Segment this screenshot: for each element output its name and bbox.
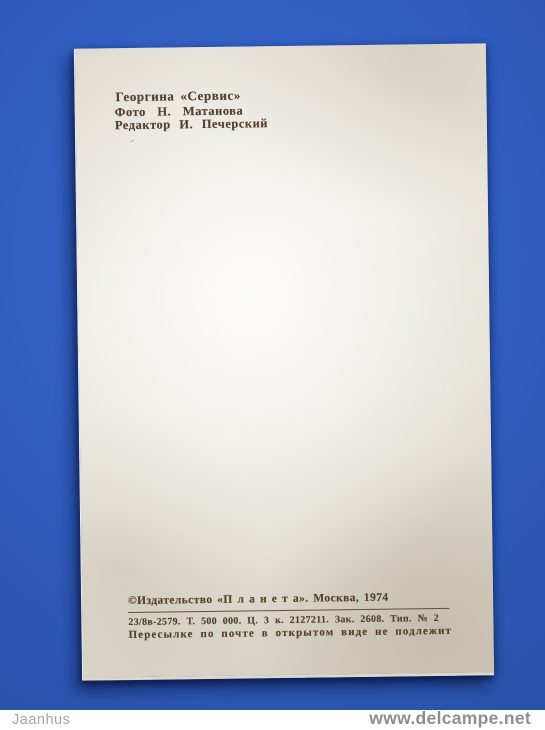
postcard-back: Георгина «Сервис» Фото Н. Матанова Редак… bbox=[74, 43, 494, 680]
publisher-line: ©Издательство «П л а н е т а». Москва, 1… bbox=[128, 592, 389, 607]
seller-watermark: Jaanhus bbox=[12, 712, 70, 728]
editor-credit-line: Редактор И. Печерский bbox=[115, 116, 268, 133]
postcard-title: Георгина «Сервис» bbox=[115, 88, 241, 106]
listing-photo: Георгина «Сервис» Фото Н. Матанова Редак… bbox=[0, 0, 545, 730]
paper-speck bbox=[128, 137, 134, 143]
watermark-strip: Jaanhus www.delcampe.net bbox=[0, 710, 545, 730]
divider-rule bbox=[128, 608, 449, 613]
delcampe-watermark: www.delcampe.net bbox=[369, 708, 531, 729]
